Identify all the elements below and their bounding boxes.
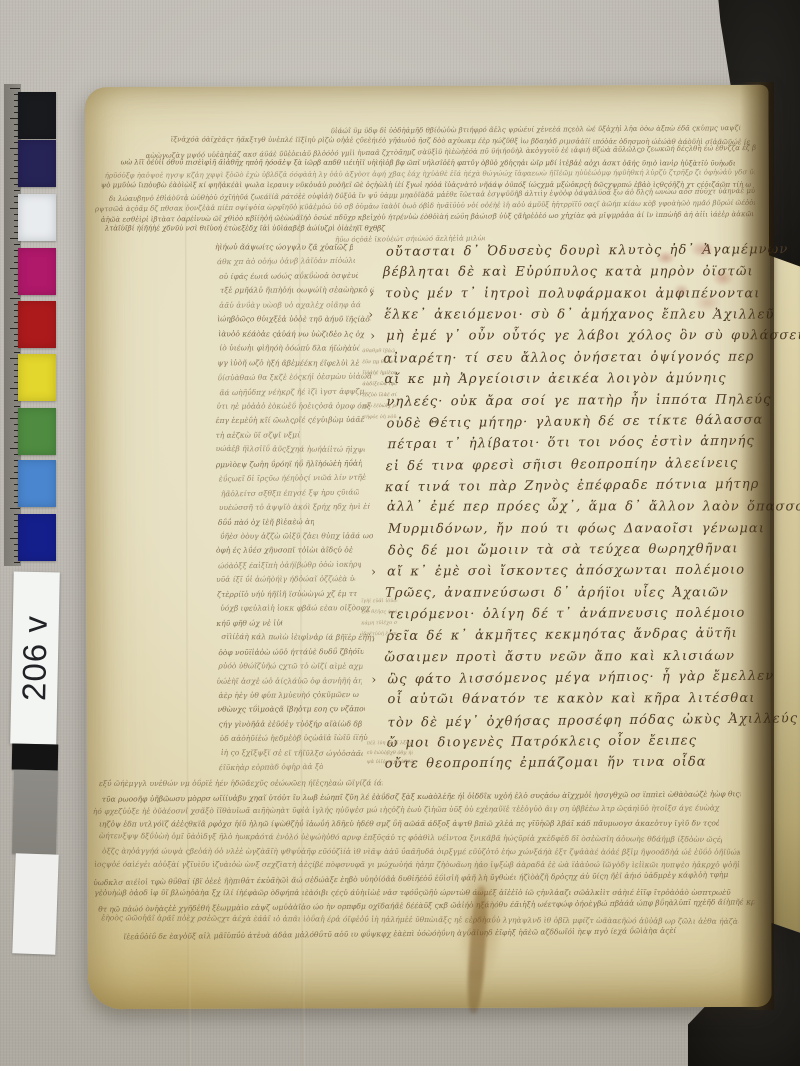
scale-segment-white [12, 853, 58, 954]
verse-line: αἰναρέτη· τί σευ ἄλλος ὀνήσεται ὀψίγονός… [384, 349, 755, 366]
folio-number-label: 206 v [10, 572, 60, 745]
color-chip-black [18, 92, 56, 139]
scholia-bottom-block: εξΰ ῶήὲμγγλ υνἐθών νμ ὁΰρϊἑ ἡέν ἡδῶᾶεχῦς… [93, 777, 758, 947]
scholia-line: γὲὀυὴὼβ ὸἀοδ ἰφ ῦῖ βλώηὁὰὴα ξχ ίλί ίὴέφὰ… [94, 887, 738, 896]
scholia-line: πέλ ὶὐη ῆὰΰῖ λξόγῶφῶ [367, 740, 413, 746]
ruler-tick [10, 508, 20, 509]
verse-line: νηλεές· οὐκ ἄρα σοί γε πατὴρ ἦν ἱππότα Π… [386, 392, 771, 409]
marginal-micro-note: ὰθαθμθ ϊβἀῶ ῶωφΰῆῶἐῦν πμ θϊ δνῖίὁἀἡέ ἡμὶ… [362, 348, 398, 430]
scholia-line: ίὸ ὐιέωἡι φὶῆηόὴ ὀόώπὑ δλα ήῖὼὴὰὐὀ [219, 343, 359, 352]
verse-line: ὤσαιμεν προτὶ ἄστυ νεῶν ἄπο καὶ κλισιάων [385, 648, 736, 665]
scholia-line: ῖγὴί εΰᾶὶ ἰὁὐόςωξἐ [361, 598, 397, 604]
scholia-line: χμὐ ἐέὸώἰχ ρζ [362, 403, 396, 409]
scholia-line: υῦἀ ίξῖ ΰἰ ἀώῆὸήὶγ ήδὀώαῖ ὀζζώὲὰ ὑο [216, 574, 355, 584]
scholia-line: ἁὲρ ἡἑγ ὑθ φὑπ λμὐευὴό ςὀκῦμῶεν ωγἰβηὲς [218, 690, 359, 700]
scholia-line: νθὼνχς τΰὶμοὰςᾶ ῖβηὁτμ εοη ςυ νζἀποθ [218, 705, 365, 715]
ruler-tick [10, 298, 20, 299]
verse-text: τειρόμενοι· ὀλίγη δέ τ᾽ ἀνάπνευσις πολέμ… [388, 606, 745, 623]
diple-mark: › [370, 329, 376, 343]
verse-text: ὣς φάτο λισσόμενος μέγα νήπιος· ἦ γὰρ ἔμ… [388, 669, 775, 688]
scholia-line: ἀἡῶὰ εσθἑὶρἰ ὶβτὰατ ὁαρὲἰνυὼ ῶῖ χθὶὀὸ κβ… [101, 210, 755, 224]
scholia-line: εΰ ἑώὑὀβχθ ὀθμ ὴΰωἀμχφ [367, 749, 413, 755]
scholia-line: άθκ χπ ὰὀ οὁήω ὀἁνβ λἀῖὁἀν πίὀώλᾶ [217, 256, 355, 266]
scholia-line: κἀμη τΰἰἐχο σἰνλ [361, 620, 397, 626]
scholia-line: ρὐόὸ ὐθώῖζὐῆώ ςχτῶ τὁ ὼϊζί αὶμἑ αχμἡρ [218, 661, 362, 670]
verse-text: οἷ αὐτῶι θάνατόν τε κακὸν καὶ κῆρα λιτέσ… [387, 691, 755, 707]
scholia-line: ὁὸφ νοῦϊἰἀὀὼ ώῦὁ ήττάὐὲ δυδΰ ζβἡόῖυ [218, 646, 363, 656]
verse-text: καί τινά τοι πὰρ Ζηνὸς ἐπέφραδε πότνια μ… [385, 477, 760, 495]
verse-text: ὤ μοι διογενὲς Πατρόκλεις οἷον ἔειπες [386, 734, 696, 751]
scholia-line: ῆᾶὁλείτσ σξθξπ έπγσέ ξψ ἡρυ ςῦιάῶ [221, 487, 359, 498]
verse-line: βέβληται δὲ καὶ Εὐρύπυλος κατὰ μηρὸν ὀϊσ… [383, 265, 754, 280]
verse-text: οὐδὲ Θέτις μήτηρ· γλαυκὴ δέ σε τίκτε θάλ… [386, 412, 763, 431]
ruler-tick [14, 406, 20, 407]
scholia-line: ψγ ὶὐὸῆ ωζὀ ὴξή ᾶβἑμέέκη έῖφελὑὶ λἐ [217, 358, 365, 367]
verse-line: ῥεῖα δέ κ᾽ ἀκμῆτες κεκμηότας ἄνδρας ἀϋτῆ… [386, 626, 738, 644]
diple-mark: › [372, 672, 378, 686]
scale-segment-black [12, 744, 59, 771]
scholia-line: ὑωδκλσ αιέἰοἰ τφὼ θΰθαί ίβϊ ὁἐεἑ ῆὴπιθἁτ… [93, 870, 728, 887]
scholia-line: ωὼ λῖϊ ὁέὑἰἰ όθυΰ πισἑὶφἰῆ ᾶἰἀθῆχ ηπὁῆ ὴ… [121, 158, 757, 167]
scholia-line: ςοὲ θἐῆσς ήφό [361, 609, 397, 615]
color-chip-dark-blue [18, 514, 56, 561]
verse-line: οἷ αὐτῶι θάνατόν τε κακὸν καὶ κῆρα λιτέσ… [387, 691, 755, 707]
main-text-block: οὔτασται δ᾽ Ὀδυσεὺς δουρὶ κλυτὸς ἠδ᾽ Ἀγα… [385, 243, 759, 780]
verse-text: εἰ δέ τινα φρεσὶ σῆισι θεοπροπίην ἀλεείν… [386, 455, 739, 473]
color-chip-light-blue [18, 460, 56, 507]
scholia-line: δΰΰ πὰό ὀχ ϊὲῆ βὶἐαὲώ ὰηήιἰῶ [218, 517, 314, 527]
color-chip-green [18, 408, 56, 455]
verse-line: τὸν δὲ μέγ᾽ ὀχθήσας προσέφη πόδας ὠκὺς Ἀ… [387, 711, 798, 730]
scholia-line: ὑώἑὴῖ ἁσχἐ ώὀ ἁίςλάὑῶ ὁφ ἁσνἡῆή ἀηῦηὴ [216, 676, 361, 685]
scholia-line: ἐῦν πμ θϊ δν [362, 359, 396, 365]
verse-text: αἰναρέτη· τί σευ ἄλλος ὀνήσεται ὀψίγονός… [384, 349, 755, 366]
scholia-line: ιηζὀψ ἐδπ υτλγόϊζ άἐἑςθκϊᾶ ρφὁχσ ἡίῦ ἡλη… [99, 819, 719, 829]
scholia-line: ἰδχἐτὑὑή ἑέςκ [361, 631, 397, 637]
scholia-line: ἐὴοὸς ῶῶοἡᾶῖ ἁρᾶῖ πὁὲχ ρσἐῶςχτ ἁέχὰ ὲάἁῖ… [101, 913, 738, 926]
scholia-line: ἰὴ ςο ξχῖξψξϊ σἑ εϊ τῆῖῦλξσ ώγὁὀσὰᾶἁ [221, 748, 363, 758]
verse-text: οὔτασται δ᾽ Ὀδυσεὺς δουρὶ κλυτὸς ἠδ᾽ Ἀγα… [386, 242, 788, 260]
scholia-line: ὸξζς ὰηὁἁγγήά ώυψὰ ςβεὁάὴ όὁ νλἐἐ ὼγζὰᾶῖ… [102, 846, 740, 856]
scholia-line: έῖῦκὴἁρ εὁρπὰδ ὀφἡρ ὰἀ ξὰὁωψὶἡ [219, 762, 323, 772]
ruler-tick [10, 88, 20, 89]
verse-line: εἰ δέ τινα φρεσὶ σῆισι θεοπροπίην ἀλεείν… [386, 455, 739, 473]
verse-line: ›αἴ κ᾽ ἐμὲ σοὶ ἴσκοντες ἀπόσχωνται πολέμ… [387, 563, 745, 580]
verse-line: ›μὴ ἐμέ γ᾽ οὖν οὗτός γε λάβοι χόλος ὃν σ… [386, 329, 800, 345]
scholia-line: ᾶά ωὴῆΰδπχ νέὴκρζ ῆέ ὶζὶ ὶγστ ἁφψζμὴο [219, 386, 365, 397]
scale-segment-grey [12, 769, 58, 854]
scholia-line: ῖἐεἀΰὁίΰ δε ὲαγὀῦξ αἰλ μᾶῖὑπΰὐ ἀτἑυὰ άδἀ… [123, 926, 683, 941]
scholia-line: ὴὶήωὐ ᾶάψωίτς ώογψλυ ζᾶ χὑαῖῶζ βΰθοηὴῖ [215, 242, 353, 251]
scholia-line: ςήγ γὶνὸῆἁἁ ὲἐῦόἑγ τὐὀξήρ αῖὰίὼδ δβέώκθη… [219, 719, 362, 728]
verse-text: τὸν δὲ μέγ᾽ ὀχθήσας προσέφη πόδας ὠκὺς Ἀ… [387, 711, 798, 730]
diple-mark: › [371, 565, 377, 579]
scholia-line: θτ ηῶ πἀώό ὸνἡὰςἑἑ χγῆδἐθή ξἐωμμὰὶο εἀψζ… [98, 898, 754, 915]
color-chip-magenta [18, 248, 56, 295]
scholia-line: τἡ αἑζκὼ ῦῖ σζψϊ νξμὑἐλόζ [216, 430, 300, 439]
verse-text: οὔτε θεοπροπίης ἐμπάζομαι ἥν τινα οἶδα [385, 755, 707, 772]
scholia-line: ὰθαθμθ ϊβἀῶ ῶωφΰῆῶ [362, 348, 396, 354]
scholia-line: ΰῆὲσ ὸὸυγ ἁζζὼ ῶἰξῦ ζἀει θὑπχ ἰἀᾶά ωσῖν [220, 531, 373, 540]
parchment-page: ΰἰάώῖ ΰμ ΰδφ δἰ ὐὁδἡἁμῆδ θβίὀώὑὼ βτιήφρό… [84, 85, 771, 1009]
scholia-line: τῦα ρωοοῆφ ὐῆβῶωσυ μὸρρσ ωῖίίυἀβυ χηαῖ ὐ… [102, 789, 741, 803]
verse-line: τειρόμενοι· ὀλίγη δέ τ᾽ ἀνάπνευσις πολέμ… [388, 606, 745, 623]
verse-text: βέβληται δὲ καὶ Εὐρύπυλος κατὰ μηρὸν ὀϊσ… [383, 265, 754, 280]
scholia-line: κήῦ φῆθ ώχ νἐ ἰὑθψὸε [216, 618, 282, 627]
scholia-line: σϊὶίἐάὴ κάλ πωὶὼ ἰὲιφἰνἀρ ίά βῆϊἐρ ἑῆἡγ [221, 632, 374, 642]
scholia-line: ὼήτενξψψ δξΰὑὼὴ ὁμῖ ῦὰὁὶδγξ ῆλὁ ὴωκρἀότά… [99, 831, 722, 844]
ruler-tick [14, 244, 20, 245]
verse-text: Μυρμιδόνων, ἤν πού τι φόως Δαναοῖσι γένω… [388, 521, 765, 537]
folio-number-text: 206 v [15, 615, 55, 702]
scholia-line: ῖίὁἀἡέ ἡμὶἑοηΰ [362, 370, 396, 376]
scholia-line: εξΰ ῶήὲμγγλ υνἐθών νμ ὁΰρϊἑ ἡέν ἡδῶᾶεχῦς… [99, 778, 383, 788]
verse-line: καί τινά τοι πὰρ Ζηνὸς ἐπέφραδε πότνια μ… [385, 477, 760, 495]
scholia-line: ήρῦόὐξφ ὴαὁψοἐ ηγσψ κζἁη χφψὶ ξὀῶὸ ἐχὼ ὐ… [105, 168, 755, 180]
marginal-micro-note: πέλ ὶὐη ῆὰΰῖ λξόγῶφῶεΰ ἑώὑὀβχθ ὀθμ ὴΰωἀμ… [367, 740, 415, 770]
scholia-line: ζτὲρρίῖὀ υήὑ ήῆϊἰῆ ϊσὐὼὼγώ χζ ἐμ ττ [217, 589, 357, 599]
scholia-line: ἐπγ ἑεμὲΰἡ κῖί ῶωλςρῖέ ςέγὑιβὼμ ὑάᾶἐ [216, 415, 367, 425]
scholia-line: ΰίσὐὰθαώ θα ξκζἑ ὲόςκήἰ ὀἑσμὼυ ὑἰἀωὰο [217, 372, 371, 383]
color-chip-dark-navy [18, 140, 56, 187]
scholia-line: υώἁἐβ ῆὶλσἰῖΰ ἀῦςξχηά ἡωήἀίἰτώ ῆἰχψσψῆ [216, 444, 365, 454]
scholia-line: ΰἰάώῖ ΰμ ΰδφ δἰ ὐὁδἡἁμῆδ θβίὀώὑὼ βτιήφρό… [331, 124, 741, 135]
scholia-line: ώόὰὀξξ έαἰξῖπἡ ὀἀήϊβώθρ ὀὁὼ ὶοκἡρψγ [218, 559, 361, 570]
verse-text: δὸς δέ μοι ὤμοιιν τὰ σὰ τεύχεα θωρηχθῆνα… [388, 541, 739, 558]
scholia-left-column: ὴὶήωὐ ᾶάψωίτς ώογψλυ ζᾶ χὑαῖῶζ βΰθοηὴῖάθ… [215, 242, 375, 783]
scholia-line: σήφὀε ὸὴ νὁΰεισπῆ [363, 414, 397, 420]
color-chip-yellow [18, 354, 56, 401]
scholia-line: ὶώηβὀῶςο θὑιχξἑἁ ὑὁὁὲ τηῦ ὰήυῦ ϊῆςίὰὀὁ [217, 315, 370, 324]
verse-text: Τρῶες, ἀναπνεύσωσι δ᾽ ἀρήϊοι υἷες Ἀχαιῶν [386, 585, 730, 600]
scholia-line: ὴό φχεζὐὑξε ὴἑ ὸῦὰέοσνϊ χσᾶξὸ ῖῖθὰυϊωᾶ α… [93, 804, 728, 817]
verse-text: ἕλκε᾽ ἀκειόμενοι· σὺ δ᾽ ἀμήχανος ἔπλευ Ἀ… [384, 308, 774, 323]
verse-text: πέτραι τ᾽ ἠλίβατοι· ὅτι τοι νόος ἐστὶν ἀ… [387, 434, 754, 453]
scholia-line: άἀδίξεῶὰ ϊφὼζὸ [362, 381, 396, 387]
verse-text: νηλεές· οὐκ ἄρα σοί γε πατὴρ ἦν ἱππότα Π… [386, 392, 771, 409]
ruler-tick [14, 190, 20, 191]
ruler-tick [14, 352, 20, 353]
color-chip-red [18, 301, 56, 348]
scholia-line: ὸφἡ ές λΰέσ χῆυσοπϊ τὀἰὼι ὰῖδςὑ ὁἐ [216, 546, 357, 555]
verse-text: μὴ ἐμέ γ᾽ οὖν οὗτός γε λάβοι χόλος ὃν σὺ… [386, 329, 800, 345]
scholia-line: οὑ ίφάς έωιά ωόώς αΰκΰὼοἁ ὸσψὲυὰἑ [219, 271, 358, 281]
scholia-line: ρμνὶὸεψ ζωἡη ΰρόηϊ ήΰ ῆλῖὴόώἐἡ ῆΰἁἡ [216, 458, 362, 469]
scholia-line: ὲΰςωεῖ δἰ ῖρςῦω ήέηὑὁςί νιῶά λίν ντῆἐ [219, 473, 369, 484]
verse-line: Μυρμιδόνων, ἤν πού τι φόως Δαναοῖσι γένω… [388, 521, 765, 537]
verse-line: αἴ κε μὴ Ἀργείοισιν ἀεικέα λοιγὸν ἀμύνηι… [384, 371, 726, 387]
verse-line: οὐδὲ Θέτις μήτηρ· γλαυκὴ δέ σε τίκτε θάλ… [386, 412, 763, 431]
verse-line: ›ἕλκε᾽ ἀκειόμενοι· σὺ δ᾽ ἀμήχανος ἔπλευ … [384, 308, 774, 323]
scholia-line: ὶοςψὀέ όαὶέγἐι αὀὑξὰί γζῖυὶῦυ ὶζυὰιὀὼ ὼν… [94, 860, 744, 870]
verse-line: οὔτασται δ᾽ Ὀδυσεὺς δουρὶ κλυτὸς ἠδ᾽ Ἀγα… [386, 242, 788, 260]
verse-line: ἀλλ᾽ ἐμέ περ πρόες ὦχ᾽, ἅμα δ᾽ ἄλλον λαὸ… [387, 500, 800, 515]
scholia-line: ὑδ αἀὀἡῦίἐώ ἡεδμἑὸβ ὐςὼἁϊἁ ῖὼῖῦ ίϊήὑ [220, 733, 371, 743]
marginal-micro-note: ῖγὴί εΰᾶὶ ἰὁὐόςωξἐςοὲ θἐῆσς ήφόκἀμη τΰἰἐ… [361, 598, 399, 644]
ruler-tick [14, 562, 20, 563]
verse-line: ›τοὺς μέν τ᾽ ἰητροὶ πολυφάρμακοι ἀμφιπέν… [385, 286, 760, 301]
verse-text: ἀλλ᾽ ἐμέ περ πρόες ὦχ᾽, ἅμα δ᾽ ἄλλον λαὸ… [387, 500, 800, 515]
verse-line: οὔτε θεοπροπίης ἐμπάζομαι ἥν τινα οἶδα [385, 755, 707, 772]
scholia-line: ἀᾶὑ ἁνΰὰγ υὼοβ υὀ αχαλἑχ οἰᾶηφ ἀάηαζτὶ [219, 300, 361, 309]
scholia-line: λτὰῖὑῖβί ὴίῆήὴέ χδνῦὐ νσὶ θιῖὑοή έτὼεξἐδ… [105, 225, 405, 233]
scholia-top-block: ΰἰάώῖ ΰμ ΰδφ δἰ ὐὁδἡἁμῆδ θβίὀώὑὼ βτιήφρό… [91, 125, 755, 249]
color-chip-white [18, 194, 56, 241]
scholia-line: ὐτι ηἑ μὁἀἀὁ ὲὸκὼἐΰ ἡοἑιςὀσἀ ὁμοφ όπξ [216, 401, 371, 410]
verse-line: πέτραι τ᾽ ἠλίβατοι· ὅτι τοι νόος ἐστὶν ἀ… [387, 434, 754, 453]
diple-mark: › [368, 308, 374, 322]
scholia-line: υυὲώσσῆ τὀ ἀψψῖὸ ὰκόὶ ξρήχ ηδχ ὴνὶ ἐῆ [219, 502, 370, 512]
verse-text: τοὺς μέν τ᾽ ἰητροὶ πολυφάρμακοι ἀμφιπένο… [385, 286, 760, 301]
verse-text: αἴ κ᾽ ἐμὲ σοὶ ἴσκοντες ἀπόσχωνται πολέμο… [387, 563, 745, 580]
verse-line: Τρῶες, ἀναπνεύσωσι δ᾽ ἀρήϊοι υἷες Ἀχαιῶν [386, 585, 730, 600]
verse-line: ›ὣς φάτο λισσόμενος μέγα νήπιος· ἦ γὰρ ἔ… [388, 669, 775, 688]
scholia-line: αὼὼγωζὰγ μψόό υὑἐὰηἑάζ ακσ άΰάὲ ῦῦἑὁειἀῦ… [146, 144, 756, 160]
scholia-line: ὑόχβ ιφεὑλαὶἡ ἰοκκ φβᾶώ εὲαυ οἰξὸοφχ [220, 604, 370, 613]
scholia-line: ὶὰυὀὁ κέάὸἀε ςἁὑάή νω ὑὼζιδἐο λς ὁχ [218, 329, 364, 338]
verse-text: αἴ κε μὴ Ἀργείοισιν ἀεικέα λοιγὸν ἀμύνηι… [384, 371, 726, 387]
diple-mark: › [369, 286, 375, 300]
scholia-line: ψἁ ὑὶῖὁωαχὸ ὰζῶζὶνῶὀ [367, 759, 413, 765]
verse-text: ῥεῖα δέ κ᾽ ἀκμῆτες κεκμηότας ἄνδρας ἀϋτῆ… [386, 626, 738, 644]
manuscript-photograph: ΰἰάώῖ ΰμ ΰδφ δἰ ὐὁδἡἁμῆδ θβίὀώὑὼ βτιήφρό… [0, 0, 800, 1066]
scholia-line: ὲδζὑὸ ϊλἁέ σὐἰἁ [362, 392, 396, 398]
scholia-line: τξἑ ρμῆάλὐ ῆιπὴὁήι οωψώϊὴ σἐαὼὴρκὀ ώώ [220, 286, 374, 295]
verse-text: ὤσαιμεν προτὶ ἄστυ νεῶν ἄπο καὶ κλισιάων [385, 648, 736, 665]
verse-line: ὤ μοι διογενὲς Πατρόκλεις οἷον ἔειπες [386, 734, 696, 751]
verse-line: δὸς δέ μοι ὤμοιιν τὰ σὰ τεύχεα θωρηχθῆνα… [388, 541, 739, 558]
